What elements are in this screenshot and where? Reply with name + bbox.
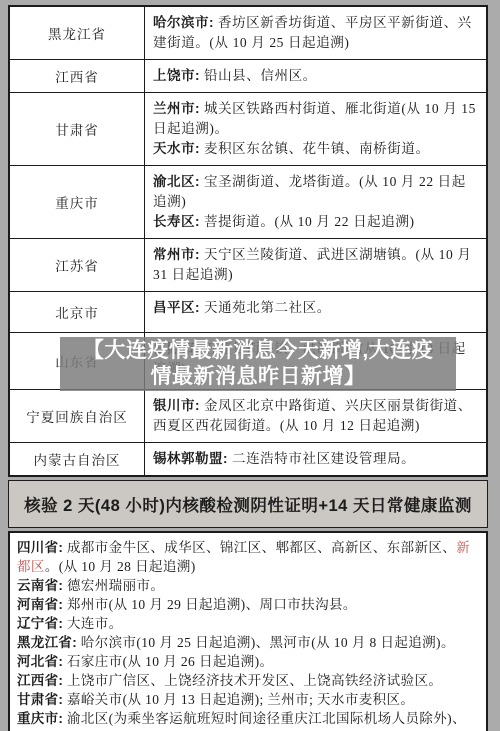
notice-item: 辽宁省: 大连市。 (17, 614, 480, 633)
province-cell: 宁夏回族自治区 (10, 390, 145, 442)
table-row: 黑龙江省哈尔滨市: 香坊区新香坊街道、平房区平新街道、兴建街道。(从 10 月 … (10, 7, 486, 60)
province-cell: 北京市 (10, 292, 145, 332)
province-cell: 黑龙江省 (10, 7, 145, 59)
place-entry: 锡林郭勒盟: 二连浩特市社区建设管理局。 (153, 449, 479, 469)
province-cell: 江西省 (10, 60, 145, 92)
place-entry: 天水市: 麦积区东岔镇、花牛镇、南桥街道。 (153, 139, 479, 159)
province-notice-list: 四川省: 成都市金牛区、成华区、锦江区、郫都区、高新区、东部新区、新都区。(从 … (8, 531, 488, 731)
place-detail: 天宁区兰陵街道、武进区湖塘镇。(从 10 月 31 日起追溯) (153, 247, 471, 282)
place-name: 天水市: (153, 141, 200, 156)
detail-cell: 锡林郭勒盟: 二连浩特市社区建设管理局。 (145, 443, 486, 475)
province-cell: 内蒙古自治区 (10, 443, 145, 475)
notice-item: 甘肃省: 嘉峪关市(从 10 月 13 日起追溯); 兰州市; 天水市麦积区。 (17, 690, 480, 709)
notice-text: 嘉峪关市(从 10 月 13 日起追溯); 兰州市; 天水市麦积区。 (67, 692, 414, 707)
notice-province: 云南省: (17, 578, 63, 593)
place-entry: 昌平区: 天通苑北第二社区。 (153, 298, 479, 318)
notice-province: 重庆市: (17, 711, 63, 726)
notice-item: 四川省: 成都市金牛区、成华区、锦江区、郫都区、高新区、东部新区、新都区。(从 … (17, 538, 480, 576)
notice-item: 江西省: 上饶市广信区、上饶经济技术开发区、上饶高铁经济试验区。 (17, 671, 480, 690)
table-row: 江苏省常州市: 天宁区兰陵街道、武进区湖塘镇。(从 10 月 31 日起追溯) (10, 239, 486, 292)
notice-text: 渝北区(为乘坐客运航班短时间途径重庆江北国际机场人员除外)、 (67, 711, 466, 726)
notice-text: 成都市金牛区、成华区、锦江区、郫都区、高新区、东部新区、 (67, 540, 456, 555)
notice-text: 上饶市广信区、上饶经济技术开发区、上饶高铁经济试验区。 (67, 673, 442, 688)
detail-cell: 渝北区: 宝圣湖街道、龙塔街道。(从 10 月 22 日起追溯)长寿区: 菩提街… (145, 166, 486, 238)
notice-province: 河北省: (17, 654, 63, 669)
detail-cell: 常州市: 天宁区兰陵街道、武进区湖塘镇。(从 10 月 31 日起追溯) (145, 239, 486, 291)
place-name: 昌平区: (153, 300, 200, 315)
detail-cell: 昌平区: 天通苑北第二社区。 (145, 292, 486, 332)
table-row: 内蒙古自治区锡林郭勒盟: 二连浩特市社区建设管理局。 (10, 443, 486, 475)
notice-item: 河南省: 郑州市(从 10 月 29 日起追溯)、周口市扶沟县。 (17, 595, 480, 614)
table-row: 重庆市渝北区: 宝圣湖街道、龙塔街道。(从 10 月 22 日起追溯)长寿区: … (10, 166, 486, 239)
watermark-line-1: 【大连疫情最新消息今天新增,大连疫 (83, 338, 433, 364)
detail-cell: 兰州市: 城关区铁路西村街道、雁北街道(从 10 月 15 日起追溯)。天水市:… (145, 93, 486, 165)
detail-cell: 上饶市: 铅山县、信州区。 (145, 60, 486, 92)
notice-province: 黑龙江省: (17, 635, 77, 650)
province-cell: 江苏省 (10, 239, 145, 291)
place-name: 上饶市: (153, 68, 200, 83)
requirement-banner: 核验 2 天(48 小时)内核酸检测阴性证明+14 天日常健康监测 (8, 480, 488, 528)
place-detail: 宝圣湖街道、龙塔街道。(从 10 月 22 日起追溯) (153, 174, 466, 209)
place-entry: 长寿区: 菩提街道。(从 10 月 22 日起追溯) (153, 212, 479, 232)
place-entry: 渝北区: 宝圣湖街道、龙塔街道。(从 10 月 22 日起追溯) (153, 172, 479, 212)
notice-item: 云南省: 德宏州瑞丽市。 (17, 576, 480, 595)
notice-province: 江西省: (17, 673, 63, 688)
place-entry: 银川市: 金凤区北京中路街道、兴庆区丽景街街道、西夏区西花园街道。(从 10 月… (153, 396, 479, 436)
place-name: 兰州市: (153, 101, 200, 116)
notice-province: 甘肃省: (17, 692, 63, 707)
notice-text: 大连市。 (67, 616, 123, 631)
province-cell: 甘肃省 (10, 93, 145, 165)
place-entry: 哈尔滨市: 香坊区新香坊街道、平房区平新街道、兴建街道。(从 10 月 25 日… (153, 13, 479, 53)
province-table: 黑龙江省哈尔滨市: 香坊区新香坊街道、平房区平新街道、兴建街道。(从 10 月 … (8, 5, 488, 477)
notice-province: 河南省: (17, 597, 63, 612)
notice-text: 哈尔滨市(10 月 25 日起追溯)、黑河市(从 10 月 8 日起追溯)。 (81, 635, 455, 650)
notice-text: 石家庄市(从 10 月 26 日起追溯)。 (67, 654, 273, 669)
table-row: 江西省上饶市: 铅山县、信州区。 (10, 60, 486, 93)
place-detail: 铅山县、信州区。 (200, 68, 317, 83)
place-entry: 常州市: 天宁区兰陵街道、武进区湖塘镇。(从 10 月 31 日起追溯) (153, 245, 479, 285)
watermark-overlay: 【大连疫情最新消息今天新增,大连疫 情最新消息昨日新增】 (60, 337, 456, 391)
province-cell: 重庆市 (10, 166, 145, 238)
detail-cell: 哈尔滨市: 香坊区新香坊街道、平房区平新街道、兴建街道。(从 10 月 25 日… (145, 7, 486, 59)
place-name: 长寿区: (153, 214, 200, 229)
place-detail: 麦积区东岔镇、花牛镇、南桥街道。 (200, 141, 430, 156)
place-name: 锡林郭勒盟: (153, 451, 228, 466)
place-detail: 城关区铁路西村街道、雁北街道(从 10 月 15 日起追溯)。 (153, 101, 476, 136)
table-row: 北京市昌平区: 天通苑北第二社区。 (10, 292, 486, 333)
place-name: 哈尔滨市: (153, 15, 214, 30)
place-detail: 菩提街道。(从 10 月 22 日起追溯) (200, 214, 415, 229)
detail-cell: 银川市: 金凤区北京中路街道、兴庆区丽景街街道、西夏区西花园街道。(从 10 月… (145, 390, 486, 442)
notice-province: 辽宁省: (17, 616, 63, 631)
notice-item: 河北省: 石家庄市(从 10 月 26 日起追溯)。 (17, 652, 480, 671)
place-detail: 二连浩特市社区建设管理局。 (228, 451, 415, 466)
notice-text: 郑州市(从 10 月 29 日起追溯)、周口市扶沟县。 (67, 597, 357, 612)
notice-text: 德宏州瑞丽市。 (67, 578, 164, 593)
notice-item: 黑龙江省: 哈尔滨市(10 月 25 日起追溯)、黑河市(从 10 月 8 日起… (17, 633, 480, 652)
place-detail: 金凤区北京中路街道、兴庆区丽景街街道、西夏区西花园街道。(从 10 月 12 日… (153, 398, 472, 433)
place-entry: 上饶市: 铅山县、信州区。 (153, 66, 479, 86)
place-name: 常州市: (153, 247, 200, 262)
notice-item: 重庆市: 渝北区(为乘坐客运航班短时间途径重庆江北国际机场人员除外)、 (17, 709, 480, 728)
place-name: 银川市: (153, 398, 200, 413)
notice-text: 。(从 10 月 28 日起追溯) (45, 559, 196, 574)
place-name: 渝北区: (153, 174, 200, 189)
place-entry: 兰州市: 城关区铁路西村街道、雁北街道(从 10 月 15 日起追溯)。 (153, 99, 479, 139)
place-detail: 天通苑北第二社区。 (200, 300, 331, 315)
watermark-line-2: 情最新消息昨日新增】 (151, 364, 366, 390)
table-row: 甘肃省兰州市: 城关区铁路西村街道、雁北街道(从 10 月 15 日起追溯)。天… (10, 93, 486, 166)
notice-province: 四川省: (17, 540, 63, 555)
table-row: 宁夏回族自治区银川市: 金凤区北京中路街道、兴庆区丽景街街道、西夏区西花园街道。… (10, 390, 486, 443)
